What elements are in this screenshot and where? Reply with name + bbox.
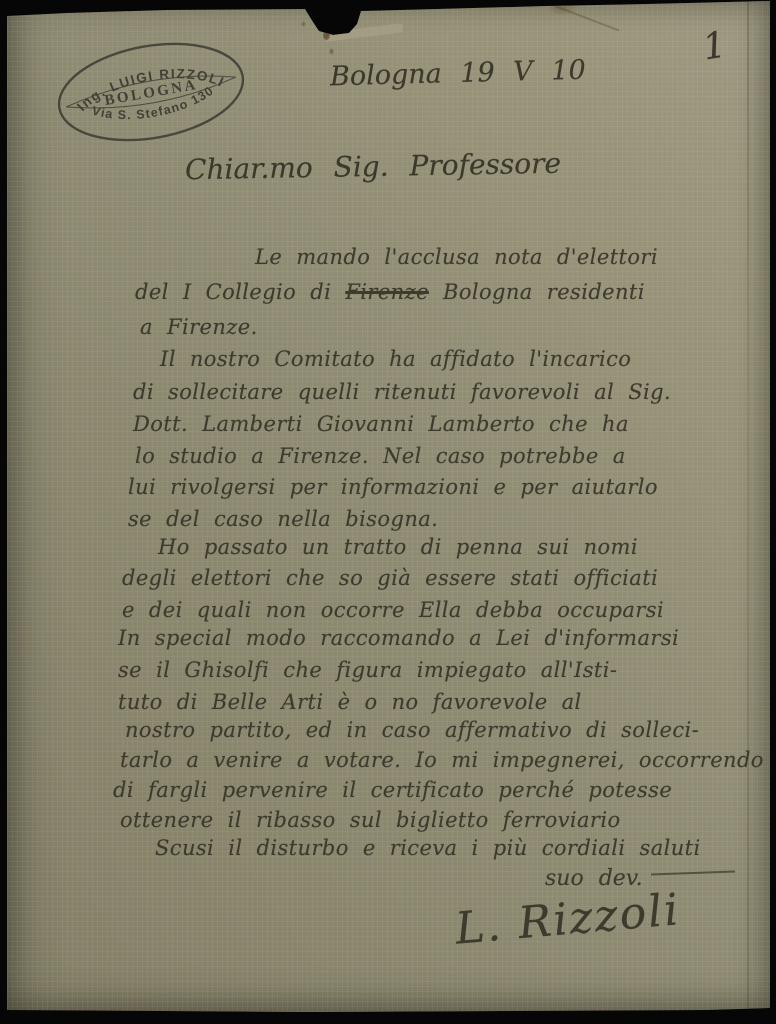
salutation: Chiar.mo Sig. Professore <box>185 147 562 187</box>
letter-line: se il Ghisolfi che figura impiegato all'… <box>118 658 617 682</box>
letter-line: di sollecitare quelli ritenuti favorevol… <box>133 380 671 404</box>
struck-out-word: Firenze <box>345 280 429 304</box>
ink-stain <box>323 31 330 40</box>
closing-text: suo dev. <box>545 866 643 891</box>
letter-line: lui rivolgersi per informazioni e per ai… <box>128 475 658 499</box>
letter-page: Ing. LUIGI RIZZOLI BOLOGNA Via S. Stefan… <box>7 0 770 1012</box>
letter-line: tuto di Belle Arti è o no favorevole al <box>118 690 582 714</box>
closing-flourish <box>651 869 735 876</box>
letter-line: Il nostro Comitato ha affidato l'incaric… <box>160 347 631 371</box>
paper-tear <box>325 23 404 41</box>
ink-stain <box>316 10 326 23</box>
letter-line: tarlo a venire a votare. Io mi impegnere… <box>120 748 764 772</box>
letter-line: Scusi il disturbo e riceva i più cordial… <box>155 836 701 860</box>
letter-line: In special modo raccomando a Lei d'infor… <box>118 626 679 650</box>
letter-line: Ho passato un tratto di penna sui nomi <box>158 535 638 559</box>
letter-line-with-correction: del I Collegio di Firenze Bologna reside… <box>135 280 645 304</box>
page-number: 1 <box>700 24 729 68</box>
paper-crease <box>536 0 619 31</box>
letter-line: e dei quali non occorre Ella debba occup… <box>122 598 664 622</box>
letter-line: Le mando l'acclusa nota d'elettori <box>255 245 658 269</box>
paper-fold-line <box>747 0 749 1012</box>
letter-line: degli elettori che so già essere stati o… <box>122 566 658 590</box>
line-text-after-strike: Bologna residenti <box>443 280 645 304</box>
ink-stain <box>301 21 306 27</box>
ink-stain <box>329 48 334 55</box>
line-text-before-strike: del I Collegio di <box>135 280 331 304</box>
signature: L. Rizzoli <box>453 884 682 954</box>
letter-line: lo studio a Firenze. Nel caso potrebbe a <box>135 444 626 468</box>
letter-line: Dott. Lamberti Giovanni Lamberto che ha <box>133 412 629 436</box>
letterhead-stamp: Ing. LUIGI RIZZOLI BOLOGNA Via S. Stefan… <box>45 24 256 160</box>
scan-background: Ing. LUIGI RIZZOLI BOLOGNA Via S. Stefan… <box>0 0 776 1024</box>
letter-line: nostro partito, ed in caso affermativo d… <box>125 718 699 742</box>
letter-line: se del caso nella bisogna. <box>128 507 438 531</box>
letter-line: a Firenze. <box>140 315 258 339</box>
letter-line: ottenere il ribasso sul biglietto ferrov… <box>120 808 621 832</box>
dateline: Bologna 19 V 10 <box>330 55 586 93</box>
letter-line: di fargli pervenire il certificato perch… <box>113 778 672 802</box>
